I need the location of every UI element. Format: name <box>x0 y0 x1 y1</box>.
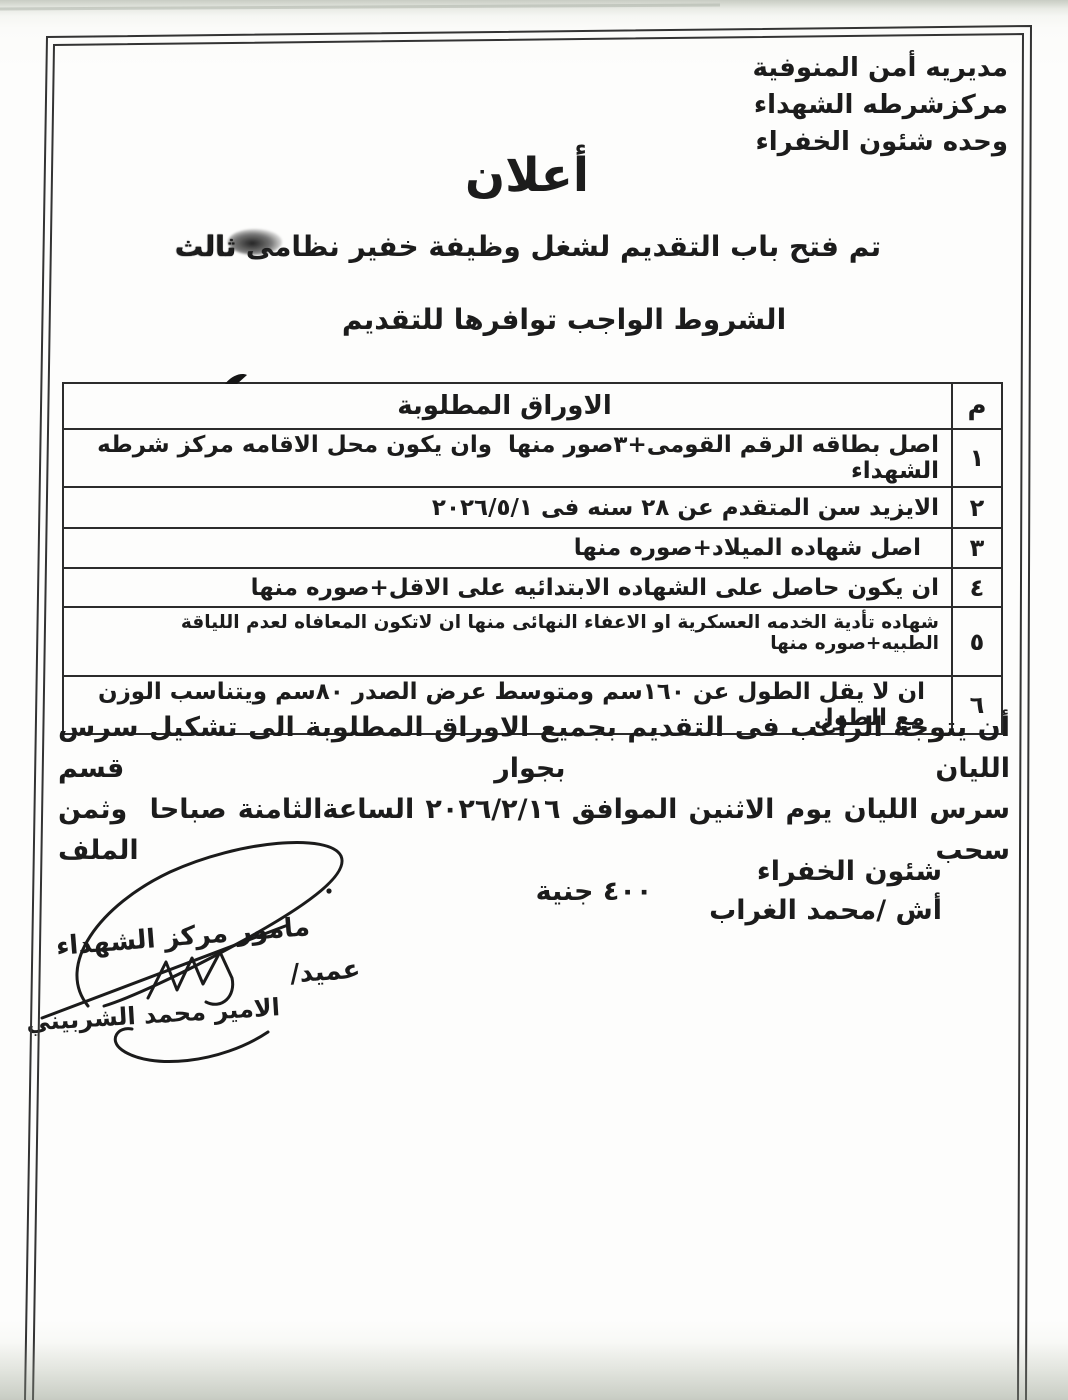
doc-subtitle: تم فتح باب التقديم لشغل وظيفة خفير نظامى… <box>0 230 1056 263</box>
signature-tail <box>115 1029 268 1062</box>
row-requirement: اصل بطاقه الرقم القومى+٣صور منها وان يكو… <box>63 429 952 487</box>
section-heading: الشروط الواجب توافرها للتقديم <box>60 303 1068 336</box>
row-number: ٤ <box>952 568 1002 607</box>
requirements-table: م الاوراق المطلوبة ١ اصل بطاقه الرقم الق… <box>62 382 1003 735</box>
col-header-num: م <box>952 383 1002 429</box>
scanner-edge-top <box>0 0 1068 16</box>
row-number: ١ <box>952 429 1002 487</box>
doc-title: أعلان <box>0 148 1054 203</box>
table-header-row: م الاوراق المطلوبة <box>63 383 1002 429</box>
col-header-docs: الاوراق المطلوبة <box>63 383 952 429</box>
row-number: ٥ <box>952 607 1002 676</box>
row-requirement: شهاده تأدية الخدمه العسكرية او الاعفاء ا… <box>63 607 952 676</box>
table-row: ٢ الايزيد سن المتقدم عن ٢٨ سنه فى ٢٠٢٦/٥… <box>63 487 1002 528</box>
row-number: ٢ <box>952 487 1002 528</box>
letterhead: مديريه أمن المنوفية مركزشرطه الشهداء وحد… <box>752 50 1008 161</box>
row-requirement: اصل شهاده الميلاد+صوره منها <box>63 528 952 568</box>
row-requirement: ان يكون حاصل على الشهاده الابتدائيه على … <box>63 568 952 607</box>
row-number: ٣ <box>952 528 1002 568</box>
scanner-edge-bottom <box>0 1342 1068 1400</box>
guards-affairs-name: أش /محمد الغراب <box>709 891 942 930</box>
letterhead-line-directorate: مديريه أمن المنوفية <box>752 50 1008 87</box>
paragraph-line: أن يتوجة الراغب فى التقديم بجميع الاوراق… <box>58 707 1010 789</box>
guards-affairs-title: شئون الخفراء <box>709 852 942 891</box>
officer-name: الامير محمد الشربيني <box>55 993 280 1035</box>
letterhead-line-station: مركزشرطه الشهداء <box>752 87 1008 124</box>
station-chief-title: مامور مركز الشهداء <box>51 912 315 962</box>
table-row: ٣ اصل شهاده الميلاد+صوره منها <box>63 528 1002 568</box>
table-row: ٥ شهاده تأدية الخدمه العسكرية او الاعفاء… <box>63 607 1002 676</box>
rank-label: عميد/ <box>289 955 361 990</box>
subtitle-smudged-word: ثالث <box>175 230 236 263</box>
row-requirement: الايزيد سن المتقدم عن ٢٨ سنه فى ٢٠٢٦/٥/١ <box>63 487 952 528</box>
table-row: ١ اصل بطاقه الرقم القومى+٣صور منها وان ي… <box>63 429 1002 487</box>
guards-affairs-signature-block: شئون الخفراء أش /محمد الغراب <box>709 852 942 930</box>
scanned-announcement-page: مديريه أمن المنوفية مركزشرطه الشهداء وحد… <box>0 0 1068 1400</box>
table-row: ٤ ان يكون حاصل على الشهاده الابتدائيه عل… <box>63 568 1002 607</box>
subtitle-text: تم فتح باب التقديم لشغل وظيفة خفير نظامى <box>246 230 881 263</box>
